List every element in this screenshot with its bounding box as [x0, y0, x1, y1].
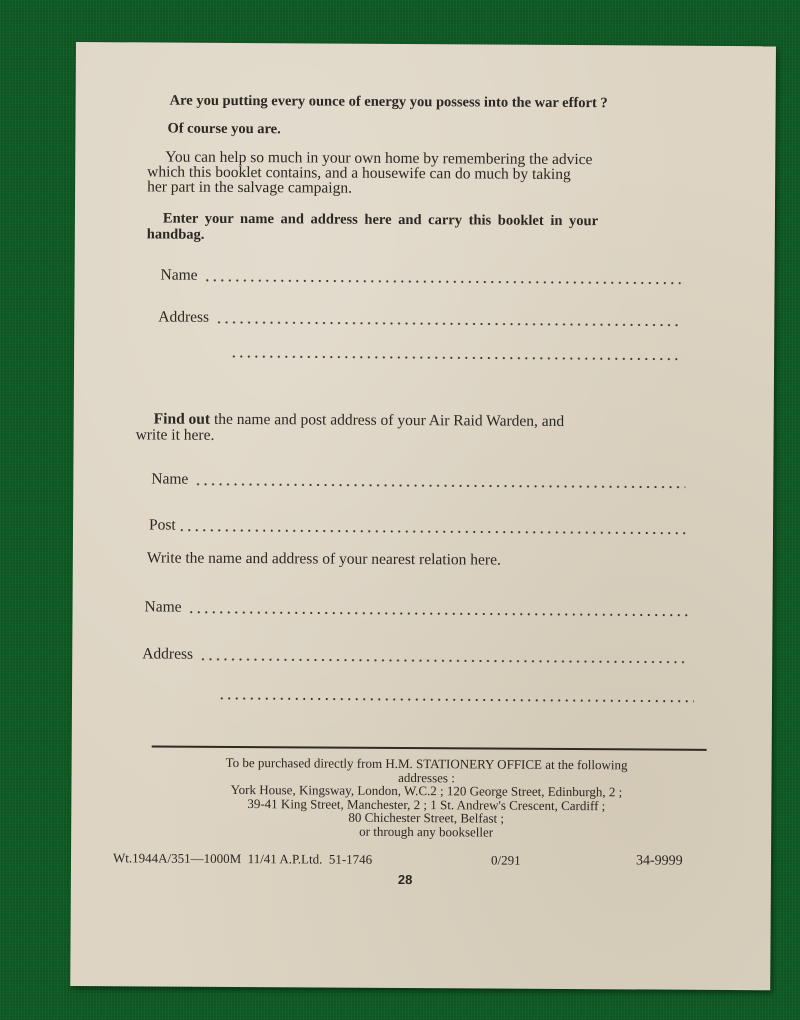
- owner-name-field[interactable]: Name: [161, 267, 681, 288]
- carry-instruction-line2: handbag.: [147, 226, 205, 243]
- carry-instruction-line1: Enter your name and address here and car…: [163, 211, 598, 231]
- owner-name-label: Name: [161, 267, 198, 285]
- relation-name-field[interactable]: Name: [144, 598, 690, 619]
- owner-address-line2-field[interactable]: [230, 355, 680, 364]
- intro-answer: Of course you are.: [167, 121, 280, 139]
- warden-name-label: Name: [151, 470, 188, 488]
- booklet-page: Are you putting every ounce of energy yo…: [70, 42, 776, 990]
- warden-post-field[interactable]: Post: [149, 516, 687, 537]
- warden-prompt-rest: the name and post address of your Air Ra…: [210, 411, 564, 430]
- intro-question: Are you putting every ounce of energy yo…: [170, 93, 608, 113]
- relation-address-line2-field[interactable]: [218, 697, 694, 706]
- relation-name-label: Name: [144, 598, 181, 616]
- relation-address-field[interactable]: Address: [142, 645, 686, 666]
- warden-name-field[interactable]: Name: [151, 470, 685, 491]
- dotted-line: [218, 697, 694, 703]
- page-number: 28: [398, 872, 413, 887]
- dotted-line: [194, 483, 685, 489]
- warden-prompt-bold: Find out: [154, 410, 211, 427]
- relation-address-label: Address: [142, 645, 193, 663]
- dotted-line: [204, 279, 681, 285]
- warden-prompt-line2: write it here.: [136, 427, 215, 442]
- purchase-line6: or through any bookseller: [141, 823, 711, 840]
- owner-address-label: Address: [158, 309, 209, 327]
- imprint-ref: 0/291: [491, 853, 521, 869]
- dotted-line: [188, 611, 691, 617]
- relation-prompt: Write the name and address of your neare…: [147, 550, 501, 567]
- dotted-line: [178, 529, 687, 535]
- warden-prompt-line1: Find out the name and post address of yo…: [154, 411, 565, 429]
- dotted-line: [230, 355, 680, 361]
- intro-paragraph-line3: her part in the salvage campaign.: [147, 179, 352, 195]
- warden-post-label: Post: [149, 516, 176, 534]
- dotted-line: [215, 321, 680, 327]
- imprint-number: 34-9999: [636, 853, 683, 869]
- purchase-info: To be purchased directly from H.M. STATI…: [141, 755, 711, 839]
- divider-rule: [152, 745, 707, 750]
- printer-imprint: Wt.1944A/351—1000M 11/41 A.P.Ltd. 51-174…: [113, 850, 372, 868]
- owner-address-field[interactable]: Address: [158, 309, 680, 330]
- dotted-line: [199, 658, 686, 664]
